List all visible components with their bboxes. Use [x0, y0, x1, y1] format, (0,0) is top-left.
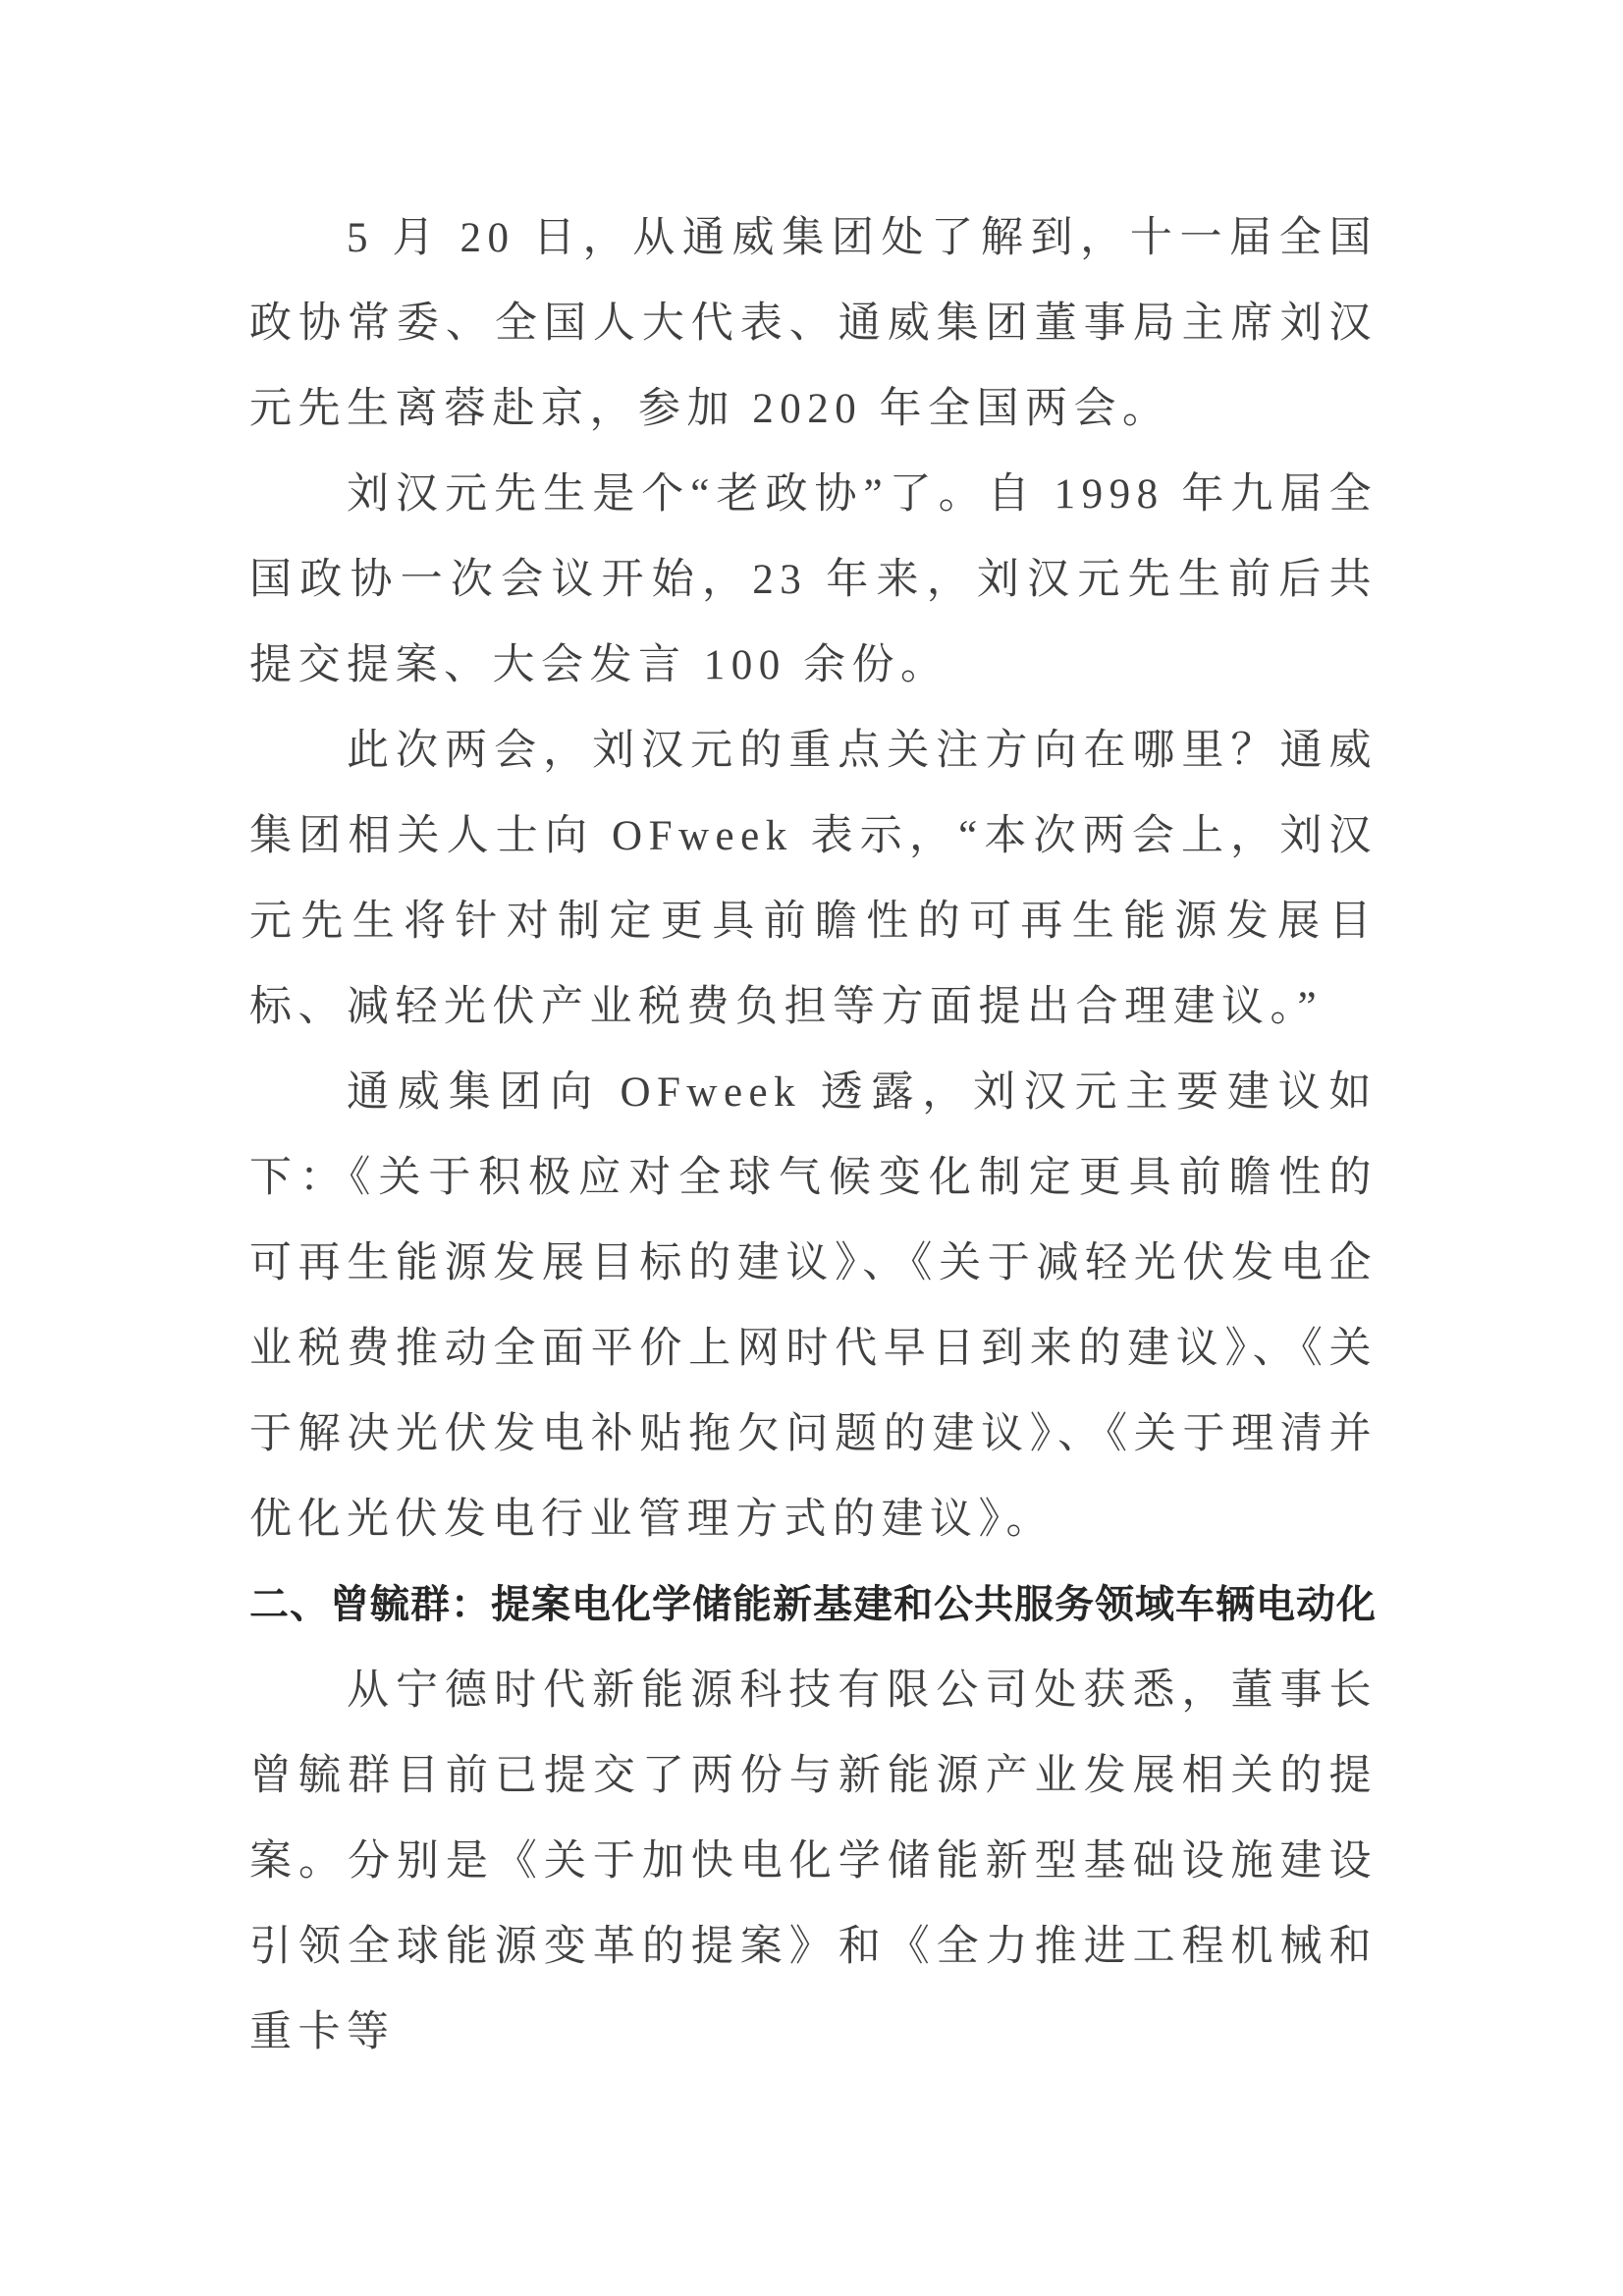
paragraph-zeng-yuqun-proposals: 从宁德时代新能源科技有限公司处获悉，董事长曾毓群目前已提交了两份与新能源产业发展… [249, 1648, 1378, 2075]
paragraph-liu-hanyuan-departure: 5 月 20 日，从通威集团处了解到，十一届全国政协常委、全国人大代表、通威集团… [249, 195, 1378, 452]
paragraph-liu-hanyuan-proposals: 通威集团向 OFweek 透露，刘汉元主要建议如下：《关于积极应对全球气候变化制… [249, 1050, 1378, 1562]
paragraph-liu-hanyuan-history: 刘汉元先生是个“老政协”了。自 1998 年九届全国政协一次会议开始，23 年来… [249, 452, 1378, 708]
section-heading-zeng-yuqun: 二、曾毓群：提案电化学储能新基建和公共服务领域车辆电动化 [249, 1562, 1378, 1648]
document-page: 5 月 20 日，从通威集团处了解到，十一届全国政协常委、全国人大代表、通威集团… [0, 0, 1623, 2296]
paragraph-liu-hanyuan-focus: 此次两会，刘汉元的重点关注方向在哪里？通威集团相关人士向 OFweek 表示，“… [249, 708, 1378, 1050]
document-body: 5 月 20 日，从通威集团处了解到，十一届全国政协常委、全国人大代表、通威集团… [0, 0, 1623, 2075]
